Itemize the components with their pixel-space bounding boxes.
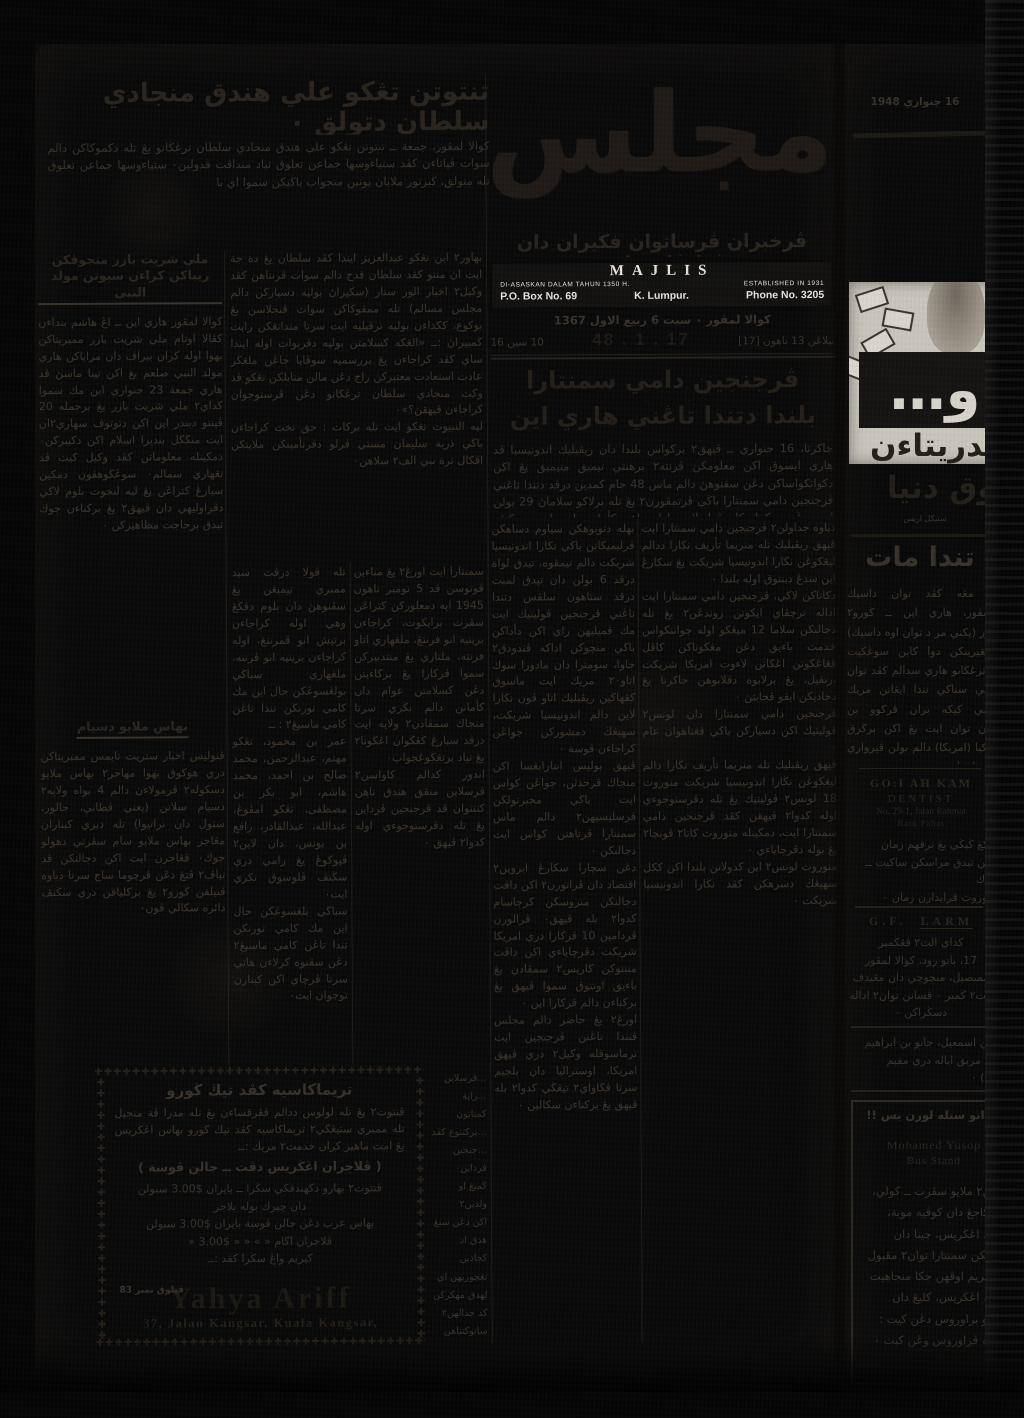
rule (851, 1090, 991, 1092)
larm-initials: G.F. (869, 914, 907, 928)
established-english: ESTABLISHED IN 1931 (744, 279, 824, 288)
ad-body: ڤنتوت٢ يڠ تله لولوس ددالم ڤڤرقساءن يڠ تل… (114, 1104, 404, 1154)
left-column-3: سمنتارا ايت اورڠ٢ يڠ مناءين ڤوتوسن ڤد 5 … (354, 564, 487, 1063)
dentist-address-1: No. 29-1, Jalan Rahmat (845, 807, 997, 817)
issue-number: بيلاڠن 13 تاهون [17] (738, 335, 834, 348)
page-gutter (828, 44, 848, 1370)
issue-date: 17 . 1 . 48 (592, 330, 690, 351)
rule (851, 1026, 991, 1028)
ad-heading-text: تريماكاسيه كڤد تيڬ ڬورو (166, 1080, 352, 1099)
display-caption: ستيكل اريس (865, 514, 985, 523)
thick-rule (851, 534, 991, 537)
col1-subhead2-text: بهاس ملايو دسيام (77, 718, 188, 739)
larm-body: كداي الت٢ ڤڠڬمبر 17، باتو رود، كوالا لمڤ… (845, 934, 997, 1022)
dateline-row: بيلاڠن 13 تاهون [17] 17 . 1 . 48 10 سين … (490, 329, 834, 353)
masthead-bar: MAJLIS DI-ASASKAN DALAM TAHUN 1350 H. ES… (492, 262, 832, 308)
established-malay: DI-ASASKAN DALAM TAHUN 1350 H. (500, 280, 630, 290)
cartoon-figure (927, 282, 985, 354)
thick-rule (853, 131, 987, 139)
ad-border-left: ✚✚✚✚✚✚✚✚✚✚✚✚✚✚✚✚✚✚✚✚✚✚✚✚✚✚✚✚ (94, 1078, 106, 1340)
column-rule (350, 562, 354, 1064)
city: K. Lumpur. (634, 289, 689, 303)
ad-price-lines: ڤنتوت٢ بهارو دكهندقكي سڬرا ــ بايران $3.… (113, 1179, 407, 1269)
rule (859, 768, 981, 769)
larm-body-2: ... بن اسمعيل، جانو بن ابراهيم ...ڠ، مرب… (845, 1034, 1005, 1087)
film-edge-left (0, 0, 35, 1418)
microfilm-newspaper-scan: تنتوتن تڠكو علي هندق منجادي سلطان دتولق … (0, 0, 1024, 1418)
adjacent-page-date: 16 جنواري 1948 (855, 96, 975, 108)
ad-border-right: ✚✚✚✚✚✚✚✚✚✚✚✚✚✚✚✚✚✚✚✚✚✚✚✚✚✚✚✚ (413, 1076, 425, 1338)
main-story-column-a: بهله دتوبوهكن سياوم دساهكن ڤرليميكاتن با… (491, 521, 638, 1342)
dentist-title: DENTIST (845, 793, 997, 805)
masthead-bar-line3: P.O. Box No. 69 K. Lumpur. Phone No. 320… (492, 288, 832, 304)
po-box: P.O. Box No. 69 (500, 289, 577, 303)
phone: Phone No. 3205 (746, 288, 824, 302)
col1-subhead-2: بهاس ملايو دسيام (40, 718, 224, 739)
masthead-title: مجلس (489, 64, 834, 226)
ad-heading: تريماكاسيه كڤد تيڬ ڬورو (94, 1080, 424, 1100)
film-edge-right (985, 0, 1024, 1418)
masthead-bar-name: MAJLIS (492, 262, 832, 281)
tuition-advert-box: ✚✚✚✚✚✚✚✚✚✚✚✚✚✚✚✚✚✚✚✚✚✚✚✚✚✚✚✚✚✚✚✚✚✚✚✚✚✚✚✚… (94, 1066, 425, 1350)
dentist-jawi-text: توكڠ ڬيڬي يڠ ترفهم زمان دڠن تيدق مراسكن … (845, 836, 997, 906)
larm-heading: G.F. LARM (845, 914, 997, 929)
masthead-subtitle: ڤرخبران ڤرساتوان فكيران دان ڤڠليڤان ملاي… (490, 230, 834, 258)
rule (491, 356, 835, 360)
page-content: تنتوتن تڠكو علي هندق منجادي سلطان دتولق … (33, 42, 840, 1372)
col1-body-2: ڤنوليس اخبار ستريت تايمس ممبريتاكن دري ه… (41, 748, 227, 1068)
majlis-front-page: تنتوتن تڠكو علي هندق منجادي سلطان دتولق … (35, 44, 835, 1370)
ad-border-top: ✚✚✚✚✚✚✚✚✚✚✚✚✚✚✚✚✚✚✚✚✚✚✚✚✚✚✚✚✚✚✚✚✚✚✚✚✚✚✚✚… (94, 1066, 424, 1079)
tanda-mata-heading: تندا مات (845, 542, 995, 573)
ad-small-ref: ڤيلوق نمبر 83 (119, 1285, 183, 1295)
dentist-address-2: Batu Pahat (845, 818, 997, 828)
dentist-name: GO:I AH KAM (845, 776, 997, 791)
col1-body: كوالا لمڤور هاري اين ــ اڠ هاشم بنداءن ك… (38, 314, 224, 705)
dateline-hijri: كوالا لمڤور ٠ سبت 6 ربيع الاول 1367 (490, 312, 834, 330)
main-headline-line2: بلندا دتندا تاڠني هاري اين (491, 400, 835, 438)
sultan-story-continuation: بهاور٢ اين تڠكو عبدالعزيز ايندا كڤد سلطا… (230, 250, 484, 557)
film-edge-top (0, 0, 1024, 44)
left-column-2: تله ڤولا درڤت سيد ممبري تيمبڠن يڠ سڤنوهڽ… (232, 564, 349, 1063)
ad-border-bottom: ✚✚✚✚✚✚✚✚✚✚✚✚✚✚✚✚✚✚✚✚✚✚✚✚✚✚✚✚✚✚✚✚✚✚✚✚✚✚✚✚… (96, 1337, 426, 1350)
dentist-advert: GO:I AH KAM DENTIST No. 29-1, Jalan Rahm… (845, 776, 997, 910)
main-headline-line1: ڤرجنجين دامي سمنتارا ريڤبليك ــ (491, 364, 835, 402)
main-story-lead: جاكرتا، 16 جنواري ــ ڤيهق٢ بركواس بلندا … (493, 440, 833, 518)
ad-paren-line: ( ڤلاجران اڠڬريس دڤت ــ جالن ڤوسة ) (95, 1158, 425, 1175)
film-edge-bottom (0, 1392, 1024, 1418)
main-story-column-b: دباوه جداولن٢ ڤرجنجين دامي سمنتارا ايت ڤ… (641, 520, 839, 1341)
left-headline: تنتوتن تڠكو علي هندق منجادي سلطان دتولق … (41, 78, 489, 136)
rule (855, 906, 983, 908)
price: 10 سين 16 (490, 336, 543, 348)
left-column-3-continued: ...ڤرسلاين ...راية كمناتون ...يركتتوع كڤ… (430, 1070, 487, 1336)
advertiser-address: 37, Jalan Kangsar. Kuala Kangsar, (96, 1315, 426, 1332)
left-story-lead: كوالا لمڤور، جمعة ــ تنتوتن تڠكو علي هند… (47, 138, 490, 244)
larm-name: LARM (920, 914, 973, 929)
left-column-1: ملي شريت بازر منجوڤكن ريباكن كراءن سبوتن… (38, 251, 226, 1068)
col1-subhead: ملي شريت بازر منجوڤكن ريباكن كراءن سبوتن… (38, 251, 222, 305)
col1-subhead-text: ملي شريت بازر منجوڤكن ريباكن كراءن سبوتن… (38, 251, 222, 305)
